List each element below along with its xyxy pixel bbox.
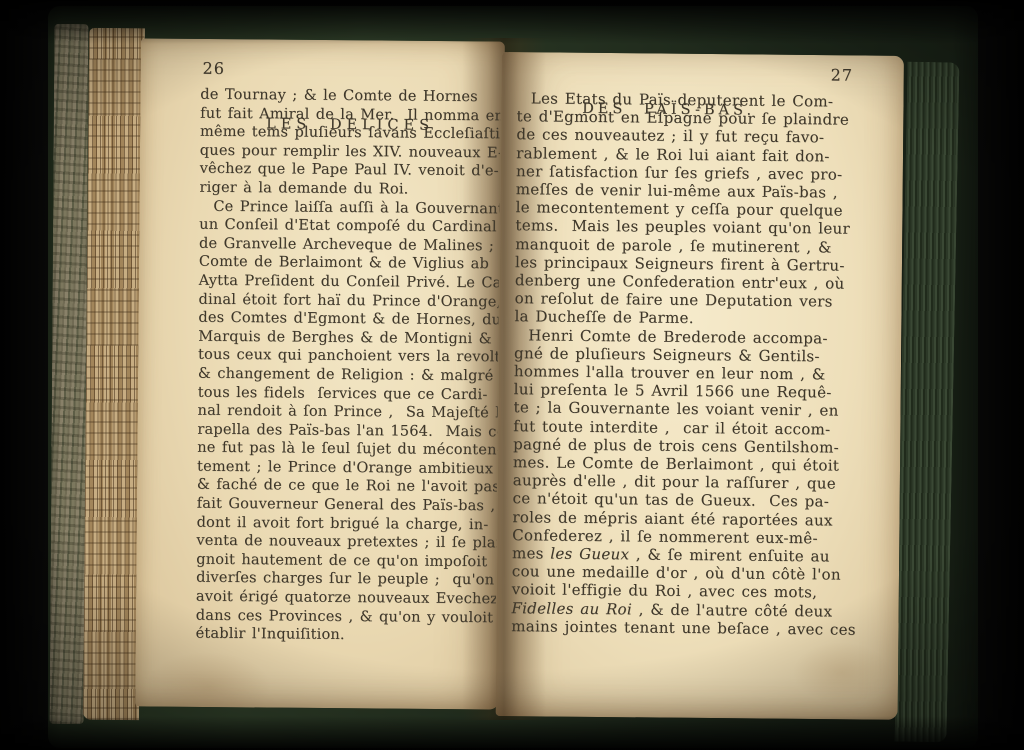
left-page-text: 26 LES DELICES de Tournay ; & le Comte d…	[195, 59, 500, 668]
text-line: venta de nouveaux pretextes ; il ſe plai…	[196, 532, 496, 553]
text-line: mains jointes tenant une beſace , avec c…	[511, 617, 861, 639]
text-line: tous ceux qui panchoient vers la revolte	[198, 346, 498, 367]
text-line: Comte de Berlaimont & de Viglius ab	[199, 253, 499, 274]
text-line: nal rendoit à ſon Prince , Sa Majeſté le	[197, 402, 497, 423]
text-line: avoit érigé quatorze nouveaux Evechez	[196, 588, 496, 609]
right-page-number: 27	[831, 65, 854, 84]
text-line: Aytta Preſident du Conſeil Privé. Le Car…	[199, 272, 499, 293]
left-running-title: LES DELICES	[200, 116, 500, 135]
left-page-header: 26 LES DELICES	[200, 59, 500, 84]
book-photograph: 26 LES DELICES de Tournay ; & le Comte d…	[0, 0, 1024, 750]
left-page-number: 26	[202, 59, 225, 78]
right-page-text: DES PAÏS-BAS. 27 Les Etats du Païs deput…	[511, 62, 867, 666]
text-line: riger à la demande du Roi.	[199, 179, 499, 200]
text-line: & changement de Religion : & malgré	[198, 365, 498, 386]
endpaper-edge	[50, 24, 89, 724]
right-running-title: DES PAÏS-BAS.	[517, 100, 867, 120]
right-page-header: DES PAÏS-BAS. 27	[517, 62, 867, 88]
text-line: fait Gouverneur General des Païs-bas ,	[197, 495, 497, 516]
text-line: établir l'Inquiſition.	[196, 625, 496, 646]
text-line: un Conſeil d'Etat compoſé du Cardinal	[199, 216, 499, 237]
text-line: ne fut pas là le ſeul ſujet du méconten-	[197, 439, 497, 460]
text-line: des Comtes d'Egmont & de Hornes, du	[198, 309, 498, 330]
